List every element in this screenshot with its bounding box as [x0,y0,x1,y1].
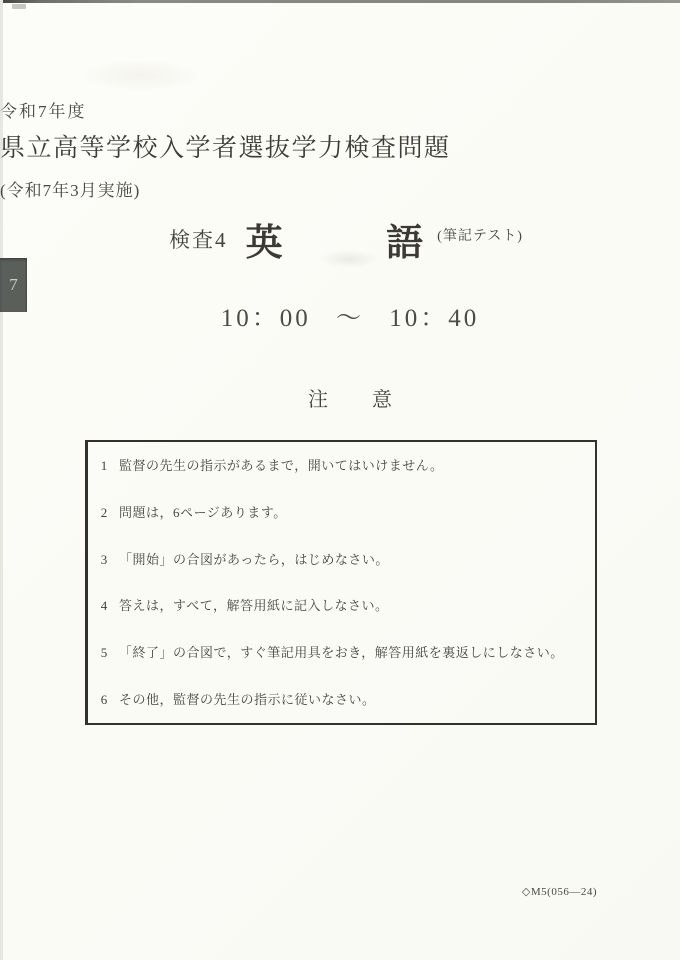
exam-cover-page: 7 令和7年度 県立高等学校入学者選抜学力検査問題 (令和7年3月実施) 検査4… [0,0,680,960]
notice-item: 1 監督の先生の指示があるまで，開いてはいけません。 [98,458,583,474]
subject-row: 検査4 英語 (筆記テスト) [6,212,680,266]
notice-item-number: 3 [98,552,110,568]
notice-item: 4 答えは，すべて，解答用紙に記入しなさい。 [98,598,583,614]
notice-heading: 注意 [10,383,680,412]
notice-item-number: 5 [98,645,110,661]
notice-item: 5 「終了」の合図で，すぐ筆記用具をおき，解答用紙を裏返しにしなさい。 [98,645,583,661]
notice-item: 2 問題は，6ページあります。 [98,505,583,521]
time-range: 10：00 ～ 10：40 [10,298,680,334]
notice-item-text: その他，監督の先生の指示に従いなさい。 [119,692,376,708]
notice-item-number: 4 [98,598,110,614]
notice-item-text: 「終了」の合図で，すぐ筆記用具をおき，解答用紙を裏返しにしなさい。 [119,645,564,661]
notice-item-text: 答えは，すべて，解答用紙に記入しなさい。 [119,598,388,614]
notice-box: 1 監督の先生の指示があるまで，開いてはいけません。 2 問題は，6ページありま… [85,440,597,725]
scan-corner-mark [12,4,26,9]
notice-item-text: 「開始」の合図があったら，はじめなさい。 [119,552,389,568]
notice-item: 3 「開始」の合図があったら，はじめなさい。 [98,552,583,568]
notice-item-text: 監督の先生の指示があるまで，開いてはいけません。 [119,458,444,474]
notice-item-number: 1 [98,458,110,474]
notice-item-number: 6 [98,692,110,708]
document-code: ◇M5(056—24) [522,885,597,898]
notice-item-text: 問題は，6ページあります。 [119,505,287,521]
notice-item: 6 その他，監督の先生の指示に従いなさい。 [98,692,583,708]
scan-smudge [80,60,200,90]
notice-item-number: 2 [98,505,110,521]
header-year: 令和7年度 [0,97,680,122]
tab-number: 7 [9,275,18,295]
exam-section-label: 検査4 [169,224,228,254]
exam-date: (令和7年3月実施) [0,176,680,201]
subject-note: (筆記テスト) [437,225,523,245]
exam-title: 県立高等学校入学者選抜学力検査問題 [0,128,680,164]
scan-top-edge [0,0,680,3]
